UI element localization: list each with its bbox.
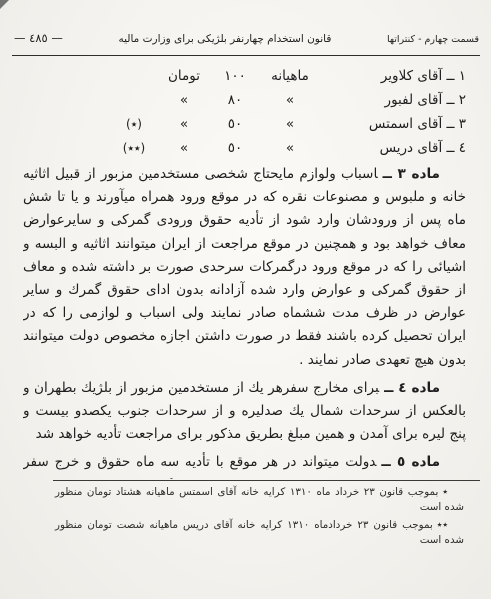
salary-row-amount: ١٠٠ [210, 68, 260, 84]
salary-row-unit: » [158, 92, 210, 108]
footnote-2: ٭٭بموجب قانون ٢٣ خردادماه ١٣١٠ کرایه خان… [55, 518, 464, 549]
footnote-2-text: بموجب قانون ٢٣ خردادماه ١٣١٠ کرایه خانه … [55, 519, 464, 546]
salary-row-name: ١ ــ آقای کلاویر [320, 68, 466, 84]
salary-row-period: » [260, 92, 320, 108]
article-3-label: ماده ٣ ــ [383, 166, 440, 182]
article-3-text: اسباب ولوازم مایحتاج شخصی مستخدمین مزبور… [23, 166, 466, 368]
salary-row-period: » [260, 116, 320, 132]
salary-row-name: ٢ ــ آقای لفبور [320, 92, 466, 108]
footnote-1: ٭بموجب قانون ٢٣ خرداد ماه ١٣١٠ کرایه خان… [55, 485, 464, 516]
footnote-divider-rule [53, 480, 480, 481]
header-divider-rule [12, 55, 480, 56]
article-5-label: ماده ٥ ــ [381, 454, 440, 470]
footnote-2-star-marker: ٭٭ [437, 519, 448, 531]
salary-row-name: ٤ ــ آقای دریس [320, 140, 466, 156]
page-number: — ٤٨٥ — [14, 31, 63, 45]
articles-body: ماده ٣ ــاسباب ولوازم مایحتاج شخصی مستخد… [23, 163, 466, 479]
article-5: ماده ٥ ــدولت میتواند در هر موقع با تأدی… [23, 451, 466, 479]
salary-row-amount: ٨٠ [210, 92, 260, 108]
article-4: ماده ٤ ــبرای مخارج سفرهر یك از مستخدمین… [23, 377, 466, 447]
salary-row-unit: » [158, 140, 210, 156]
footnotes: ٭بموجب قانون ٢٣ خرداد ماه ١٣١٠ کرایه خان… [55, 485, 464, 551]
salary-row-period: ماهیانه [260, 68, 320, 84]
article-4-label: ماده ٤ ــ [384, 380, 440, 396]
salary-row-unit: » [158, 116, 210, 132]
scan-corner-artifact [0, 0, 9, 9]
header-section-label: قسمت چهارم - کنتراتها [387, 34, 479, 45]
footnote-1-text: بموجب قانون ٢٣ خرداد ماه ١٣١٠ کرایه خانه… [55, 486, 464, 513]
page-header: قسمت چهارم - کنتراتها قانون استخدام چهار… [14, 31, 479, 45]
salary-row-period: » [260, 140, 320, 156]
salary-row-name: ٣ ــ آقای اسمتس [320, 116, 466, 132]
salary-row: ٤ ــ آقای دریس » ٥٠ » (٭٭) [110, 136, 466, 160]
salary-row: ١ ــ آقای کلاویر ماهیانه ١٠٠ تومان [110, 64, 466, 88]
salary-row-amount: ٥٠ [210, 116, 260, 132]
salary-row: ٣ ــ آقای اسمتس » ٥٠ » (٭) [110, 112, 466, 136]
salary-row-note: (٭٭) [110, 141, 158, 155]
salary-row: ٢ ــ آقای لفبور » ٨٠ » [110, 88, 466, 112]
article-3: ماده ٣ ــاسباب ولوازم مایحتاج شخصی مستخد… [23, 163, 466, 372]
scanned-document-page: قسمت چهارم - کنتراتها قانون استخدام چهار… [0, 0, 491, 599]
salary-row-unit: تومان [158, 68, 210, 84]
salary-row-amount: ٥٠ [210, 140, 260, 156]
footnote-1-star-marker: ٭ [442, 486, 448, 498]
salary-list: ١ ــ آقای کلاویر ماهیانه ١٠٠ تومان ٢ ــ … [110, 64, 466, 160]
header-document-title: قانون استخدام چهارنفر بلژیکی برای وزارت … [118, 33, 331, 45]
salary-row-note: (٭) [110, 117, 158, 131]
